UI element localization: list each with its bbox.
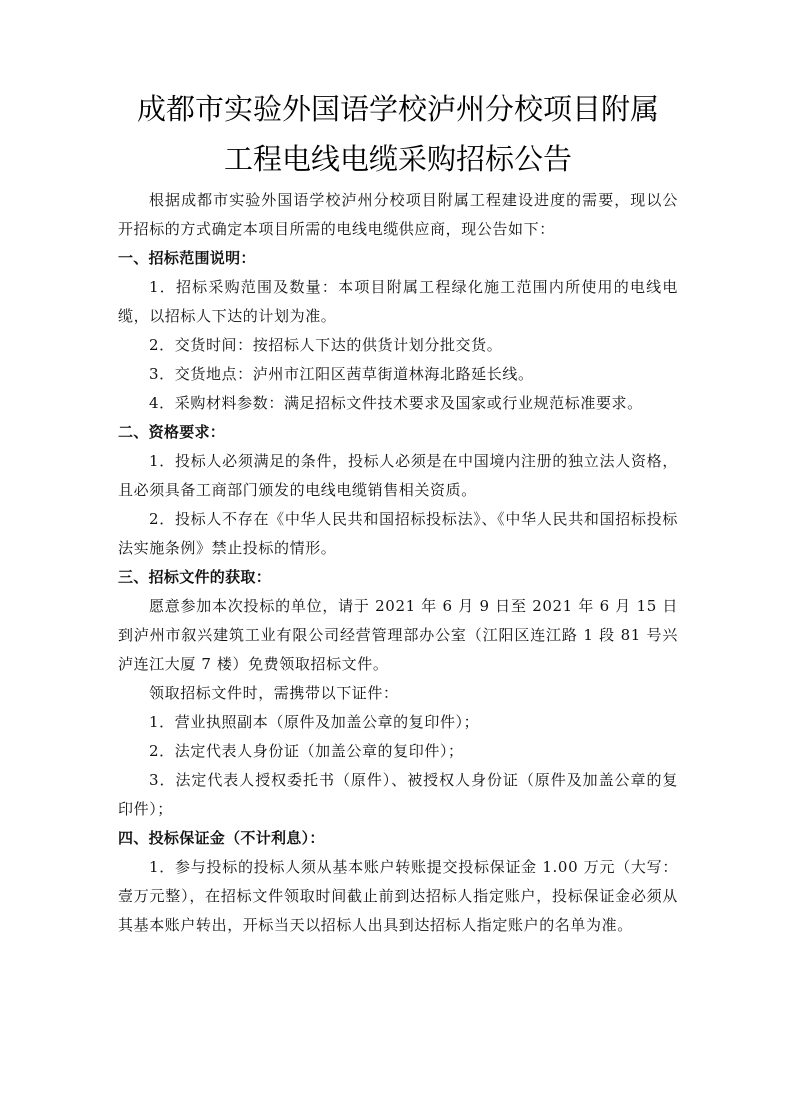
paragraph: 2．交货时间：按招标人下达的供货计划分批交货。 xyxy=(118,331,678,360)
section-heading: 一、招标范围说明： xyxy=(118,244,678,273)
paragraph: 1．营业执照副本（原件及加盖公章的复印件）； xyxy=(118,708,678,737)
paragraph: 3．法定代表人授权委托书（原件）、被授权人身份证（原件及加盖公章的复印件）； xyxy=(118,766,678,824)
document-page: 成都市实验外国语学校泸州分校项目附属 工程电线电缆采购招标公告 根据成都市实验外… xyxy=(118,84,678,940)
paragraph: 愿意参加本次投标的单位，请于 2021 年 6 月 9 日至 2021 年 6 … xyxy=(118,592,678,679)
paragraph: 2．投标人不存在《中华人民共和国招标投标法》、《中华人民共和国招标投标法实施条例… xyxy=(118,505,678,563)
section-heading: 三、招标文件的获取： xyxy=(118,563,678,592)
section-heading: 四、投标保证金（不计利息）： xyxy=(118,824,678,853)
paragraph: 3．交货地点：泸州市江阳区茜草街道林海北路延长线。 xyxy=(118,360,678,389)
section-qualification: 二、资格要求： 1．投标人必须满足的条件，投标人必须是在中国境内注册的独立法人资… xyxy=(118,418,678,563)
title-line-2: 工程电线电缆采购招标公告 xyxy=(98,134,698,184)
section-scope: 一、招标范围说明： 1．招标采购范围及数量：本项目附属工程绿化施工范围内所使用的… xyxy=(118,244,678,418)
paragraph: 1．投标人必须满足的条件，投标人必须是在中国境内注册的独立法人资格，且必须具备工… xyxy=(118,447,678,505)
section-heading: 二、资格要求： xyxy=(118,418,678,447)
paragraph: 1．参与投标的投标人须从基本账户转账提交投标保证金 1.00 万元（大写：壹万元… xyxy=(118,853,678,940)
document-title: 成都市实验外国语学校泸州分校项目附属 工程电线电缆采购招标公告 xyxy=(98,84,698,184)
paragraph: 4．采购材料参数：满足招标文件技术要求及国家或行业规范标准要求。 xyxy=(118,389,678,418)
section-bid-bond: 四、投标保证金（不计利息）： 1．参与投标的投标人须从基本账户转账提交投标保证金… xyxy=(118,824,678,940)
paragraph: 领取招标文件时，需携带以下证件： xyxy=(118,679,678,708)
title-line-1: 成都市实验外国语学校泸州分校项目附属 xyxy=(98,84,698,134)
intro-paragraph: 根据成都市实验外国语学校泸州分校项目附属工程建设进度的需要，现以公开招标的方式确… xyxy=(118,186,678,244)
paragraph: 1．招标采购范围及数量：本项目附属工程绿化施工范围内所使用的电线电缆，以招标人下… xyxy=(118,273,678,331)
section-document-acquisition: 三、招标文件的获取： 愿意参加本次投标的单位，请于 2021 年 6 月 9 日… xyxy=(118,563,678,824)
paragraph: 2．法定代表人身份证（加盖公章的复印件）； xyxy=(118,737,678,766)
